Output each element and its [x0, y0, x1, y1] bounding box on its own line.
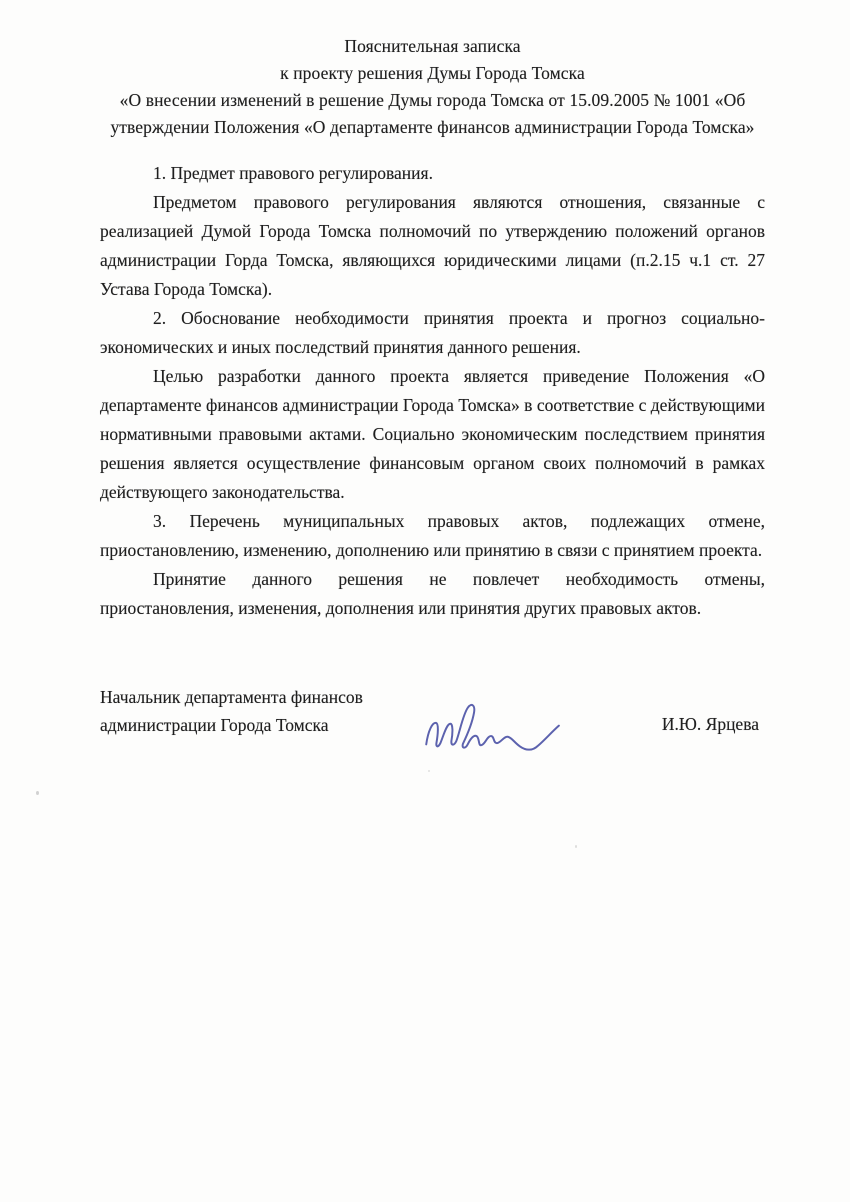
- paragraph-section1-heading: 1. Предмет правового регулирования.: [100, 159, 765, 188]
- paragraph-section2-text: Целью разработки данного проекта являетс…: [100, 362, 765, 507]
- handwritten-signature-icon: [410, 689, 574, 764]
- signer-position-line-1: Начальник департамента финансов: [100, 683, 363, 711]
- paragraph-section3-heading: 3. Перечень муниципальных правовых актов…: [100, 507, 765, 565]
- title-line-3: «О внесении изменений в решение Думы гор…: [100, 87, 765, 114]
- title-line-2: к проекту решения Думы Города Томска: [100, 60, 765, 87]
- document-content: Пояснительная записка к проекту решения …: [100, 33, 765, 773]
- paragraph-section1-text: Предметом правового регулирования являют…: [100, 188, 765, 304]
- document-body: 1. Предмет правового регулирования. Пред…: [100, 159, 765, 623]
- scanned-document-page: Пояснительная записка к проекту решения …: [0, 0, 850, 1202]
- signer-position-line-2: администрации Города Томска: [100, 711, 363, 739]
- title-line-1: Пояснительная записка: [100, 33, 765, 60]
- document-title: Пояснительная записка к проекту решения …: [100, 33, 765, 141]
- signer-position: Начальник департамента финансов админист…: [100, 683, 363, 739]
- signature-block: Начальник департамента финансов админист…: [100, 683, 765, 773]
- scan-speck: [36, 791, 39, 795]
- scan-speck: [575, 845, 577, 848]
- signer-name: И.Ю. Ярцева: [662, 710, 759, 738]
- scan-speck: [428, 770, 430, 772]
- paragraph-section3-text: Принятие данного решения не повлечет нео…: [100, 565, 765, 623]
- paragraph-section2-heading: 2. Обоснование необходимости принятия пр…: [100, 304, 765, 362]
- title-line-4: утверждении Положения «О департаменте фи…: [100, 114, 765, 141]
